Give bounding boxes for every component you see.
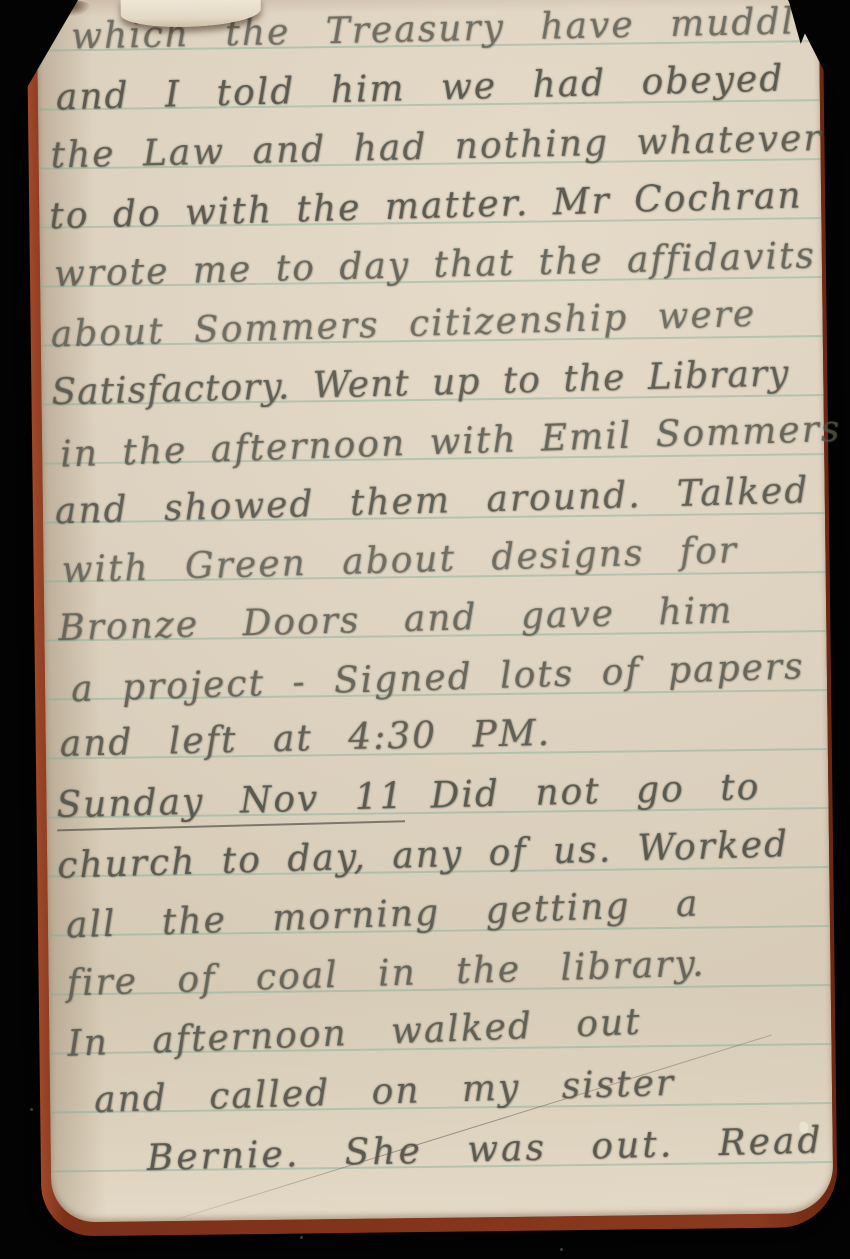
notebook: which the Treasury have muddled and I to… bbox=[0, 0, 850, 1259]
paper-chip bbox=[799, 1121, 808, 1133]
dust-speck bbox=[30, 1108, 33, 1111]
notebook-photo: which the Treasury have muddled and I to… bbox=[0, 0, 850, 1259]
dust-speck bbox=[560, 1248, 563, 1251]
date-entry-start: Did not go to bbox=[430, 767, 761, 817]
date-heading: Sunday Nov 11 bbox=[56, 776, 405, 831]
dust-speck bbox=[300, 1236, 303, 1239]
